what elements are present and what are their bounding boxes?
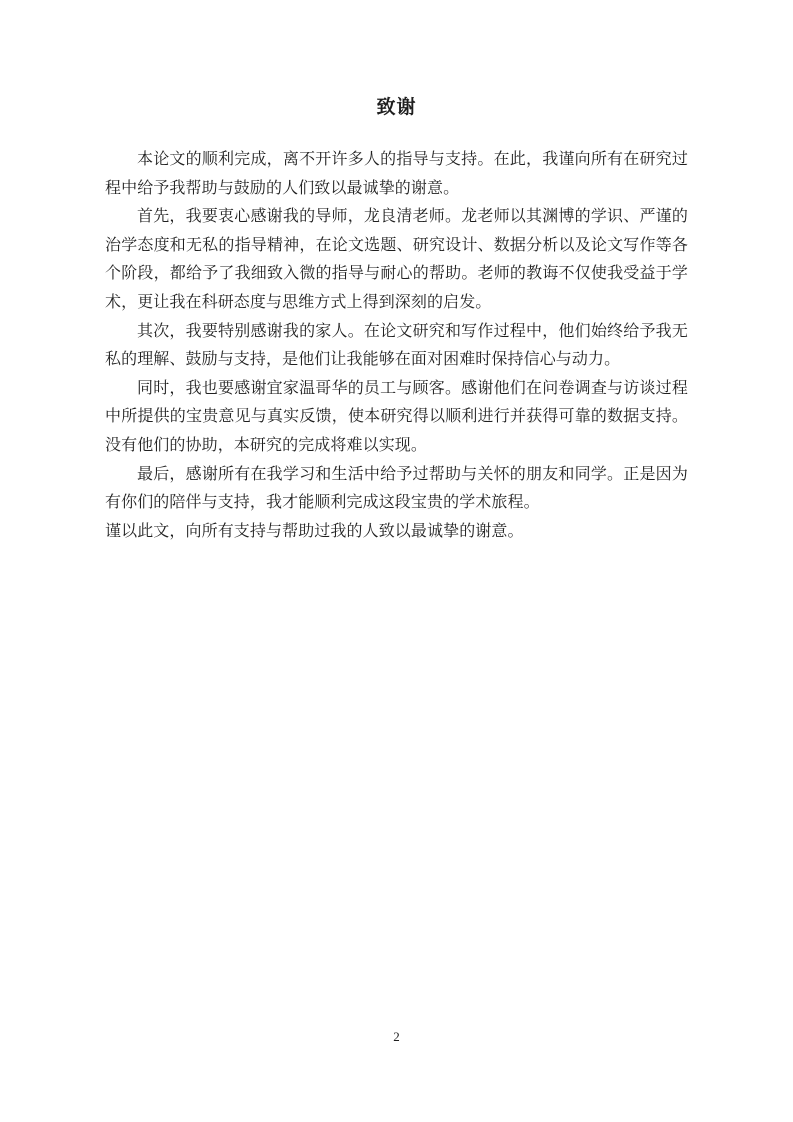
paragraph-friends: 最后，感谢所有在我学习和生活中给予过帮助与关怀的朋友和同学。正是因为有你们的陪伴… <box>105 461 688 518</box>
closing-line: 谨以此文，向所有支持与帮助过我的人致以最诚挚的谢意。 <box>105 518 688 547</box>
page-number: 2 <box>393 1029 400 1044</box>
page-footer: 2 <box>0 1028 793 1046</box>
paragraph-family: 其次，我要特别感谢我的家人。在论文研究和写作过程中，他们始终给予我无私的理解、鼓… <box>105 318 688 375</box>
paragraph-intro: 本论文的顺利完成，离不开许多人的指导与支持。在此，我谨向所有在研究过程中给予我帮… <box>105 146 688 203</box>
paragraph-participants: 同时，我也要感谢宜家温哥华的员工与顾客。感谢他们在问卷调查与访谈过程中所提供的宝… <box>105 375 688 461</box>
paragraph-advisor: 首先，我要衷心感谢我的导师，龙良清老师。龙老师以其渊博的学识、严谨的治学态度和无… <box>105 203 688 317</box>
document-page: 致谢 本论文的顺利完成，离不开许多人的指导与支持。在此，我谨向所有在研究过程中给… <box>0 0 793 1122</box>
page-title: 致谢 <box>105 96 688 120</box>
acknowledgements-section: 致谢 本论文的顺利完成，离不开许多人的指导与支持。在此，我谨向所有在研究过程中给… <box>105 96 688 546</box>
